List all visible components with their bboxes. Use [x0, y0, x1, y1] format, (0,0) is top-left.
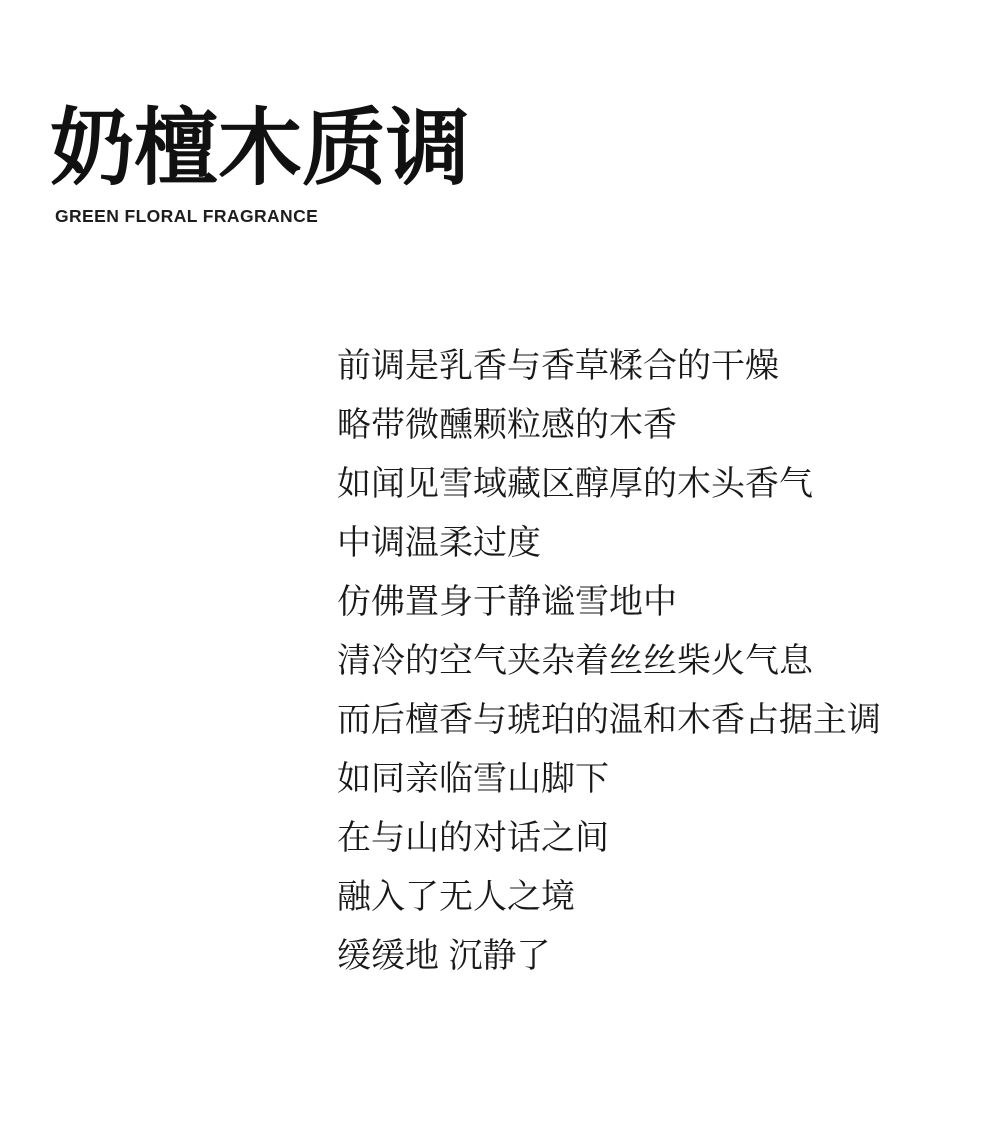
description-line: 清冷的空气夹杂着丝丝柴火气息	[337, 632, 881, 691]
page-subtitle: GREEN FLORAL FRAGRANCE	[55, 206, 470, 227]
description-line: 在与山的对话之间	[337, 809, 881, 868]
description-line: 融入了无人之境	[337, 868, 881, 927]
description-line: 仿佛置身于静谧雪地中	[337, 573, 881, 632]
header: 奶檀木质调 GREEN FLORAL FRAGRANCE	[50, 108, 470, 227]
description-line: 略带微醺颗粒感的木香	[337, 396, 881, 455]
description-line: 如闻见雪域藏区醇厚的木头香气	[337, 455, 881, 514]
description-line: 前调是乳香与香草糅合的干燥	[337, 337, 881, 396]
description-line: 缓缓地 沉静了	[337, 927, 881, 986]
description-line: 中调温柔过度	[337, 514, 881, 573]
description-line: 而后檀香与琥珀的温和木香占据主调	[337, 691, 881, 750]
page-title: 奶檀木质调	[50, 108, 470, 192]
poster-page: 奶檀木质调 GREEN FLORAL FRAGRANCE 前调是乳香与香草糅合的…	[0, 0, 990, 1148]
fragrance-description: 前调是乳香与香草糅合的干燥 略带微醺颗粒感的木香 如闻见雪域藏区醇厚的木头香气 …	[337, 337, 881, 986]
description-line: 如同亲临雪山脚下	[337, 750, 881, 809]
